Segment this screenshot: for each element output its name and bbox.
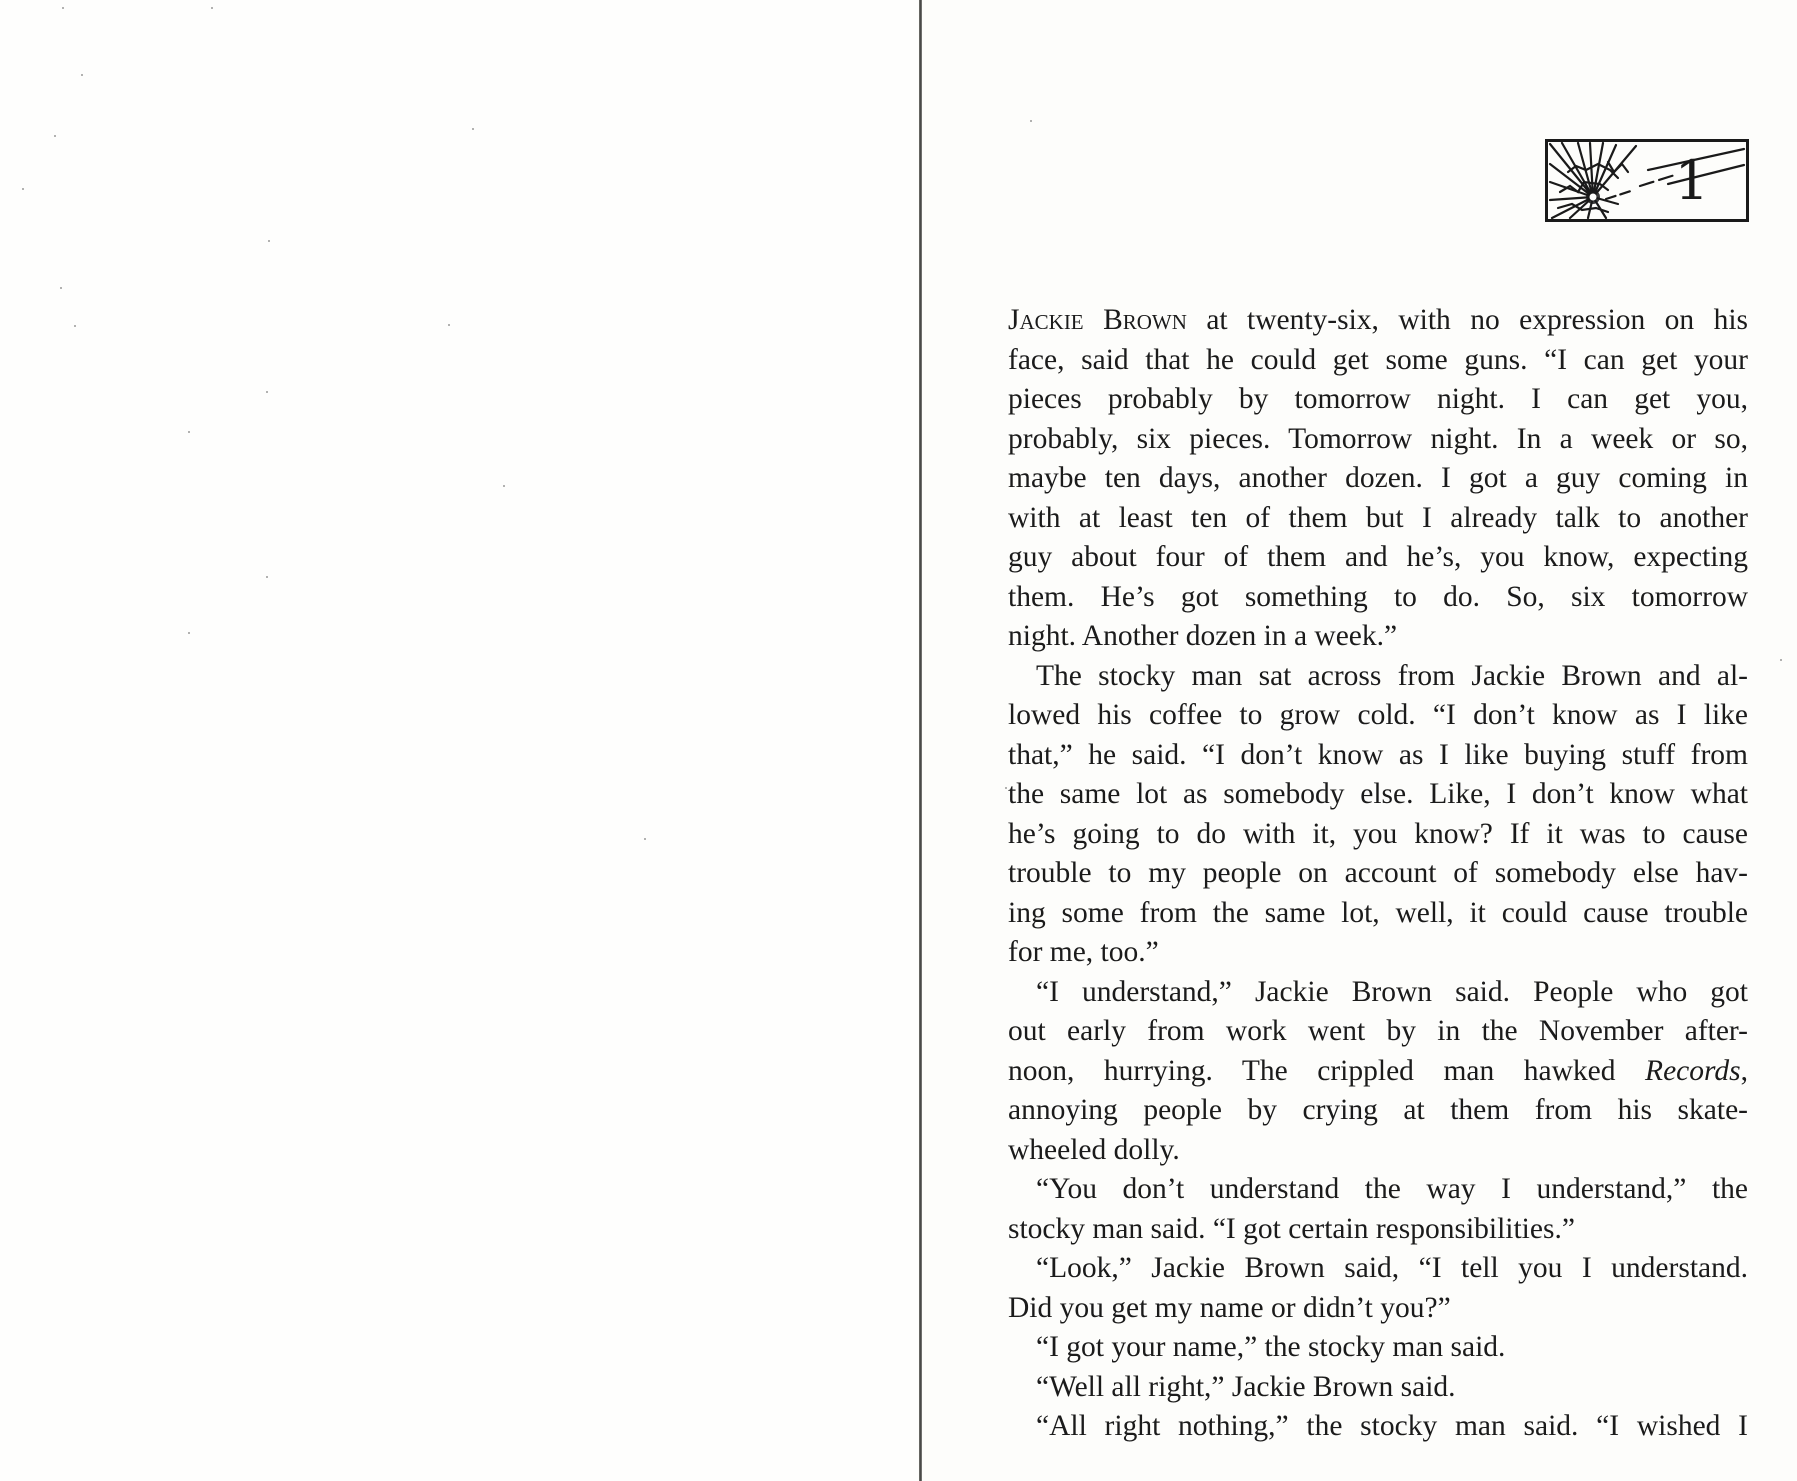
scan-speck [1780,659,1782,661]
text-line: noon, hurrying. The crippled man hawked … [1008,1052,1748,1092]
book-spread: 1 Jackie Brown at twenty-six, with no ex… [0,0,1797,1481]
text-line: annoying people by crying at them from h… [1008,1091,1748,1131]
scan-speck [1005,787,1007,789]
scan-speck [188,632,190,634]
scan-speck [60,287,62,289]
text-line: that,” he said. “I don’t know as I like … [1008,736,1748,776]
opening-name-first: Jackie [1008,304,1084,336]
text-line: “All right nothing,” the stocky man said… [1008,1407,1748,1447]
line-text: , [1741,1055,1748,1087]
line-text: at twenty-six, with no expression on his [1187,304,1748,336]
scan-speck [472,128,474,130]
text-line: wheeled dolly. [1008,1131,1748,1171]
scan-speck [503,485,505,487]
left-page-blank [0,0,918,1481]
chapter-heading-box: 1 [1545,139,1749,222]
text-line: ing some from the same lot, well, it cou… [1008,894,1748,934]
text-line: “You don’t understand the way I understa… [1008,1170,1748,1210]
scan-speck [266,391,268,393]
scan-speck [54,135,56,137]
text-line: guy about four of them and he’s, you kno… [1008,538,1748,578]
text-line: stocky man said. “I got certain responsi… [1008,1210,1748,1250]
text-line: “Look,” Jackie Brown said, “I tell you I… [1008,1249,1748,1289]
text-line: out early from work went by in the Novem… [1008,1012,1748,1052]
text-line: “I understand,” Jackie Brown said. Peopl… [1008,973,1748,1013]
opening-name-last: Brown [1103,304,1187,336]
italic-title-records: Records [1645,1055,1741,1087]
text-line: Did you get my name or didn’t you?” [1008,1289,1748,1329]
text-line: pieces probably by tomorrow night. I can… [1008,380,1748,420]
text-line: The stocky man sat across from Jackie Br… [1008,657,1748,697]
scan-speck [268,240,270,242]
text-line: face, said that he could get some guns. … [1008,341,1748,381]
scan-speck [22,188,24,190]
shattered-glass-icon [1548,142,1746,219]
scan-speck [62,7,64,9]
scan-speck [74,325,76,327]
scan-speck [644,838,646,840]
text-line: for me, too.” [1008,933,1748,973]
chapter-body-text: Jackie Brown at twenty-six, with no expr… [1008,301,1748,1447]
text-line: “Well all right,” Jackie Brown said. [1008,1368,1748,1408]
line-text: noon, hurrying. The crippled man hawked [1008,1055,1645,1087]
opening-small-caps-name: Jackie Brown [1008,304,1187,336]
scan-speck [266,576,268,578]
text-line: trouble to my people on account of someb… [1008,854,1748,894]
text-line: the same lot as somebody else. Like, I d… [1008,775,1748,815]
text-line: probably, six pieces. Tomorrow night. In… [1008,420,1748,460]
text-line: lowed his coffee to grow cold. “I don’t … [1008,696,1748,736]
text-line: Jackie Brown at twenty-six, with no expr… [1008,301,1748,341]
scan-speck [188,431,190,433]
scan-speck [1030,120,1032,122]
text-line: he’s going to do with it, you know? If i… [1008,815,1748,855]
chapter-number: 1 [1675,146,1709,216]
scan-speck [211,7,213,9]
scan-speck [81,74,83,76]
text-line: maybe ten days, another dozen. I got a g… [1008,459,1748,499]
text-line: “I got your name,” the stocky man said. [1008,1328,1748,1368]
text-line: night. Another dozen in a week.” [1008,617,1748,657]
text-line: them. He’s got something to do. So, six … [1008,578,1748,618]
text-line: with at least ten of them but I already … [1008,499,1748,539]
scan-speck [448,324,450,326]
